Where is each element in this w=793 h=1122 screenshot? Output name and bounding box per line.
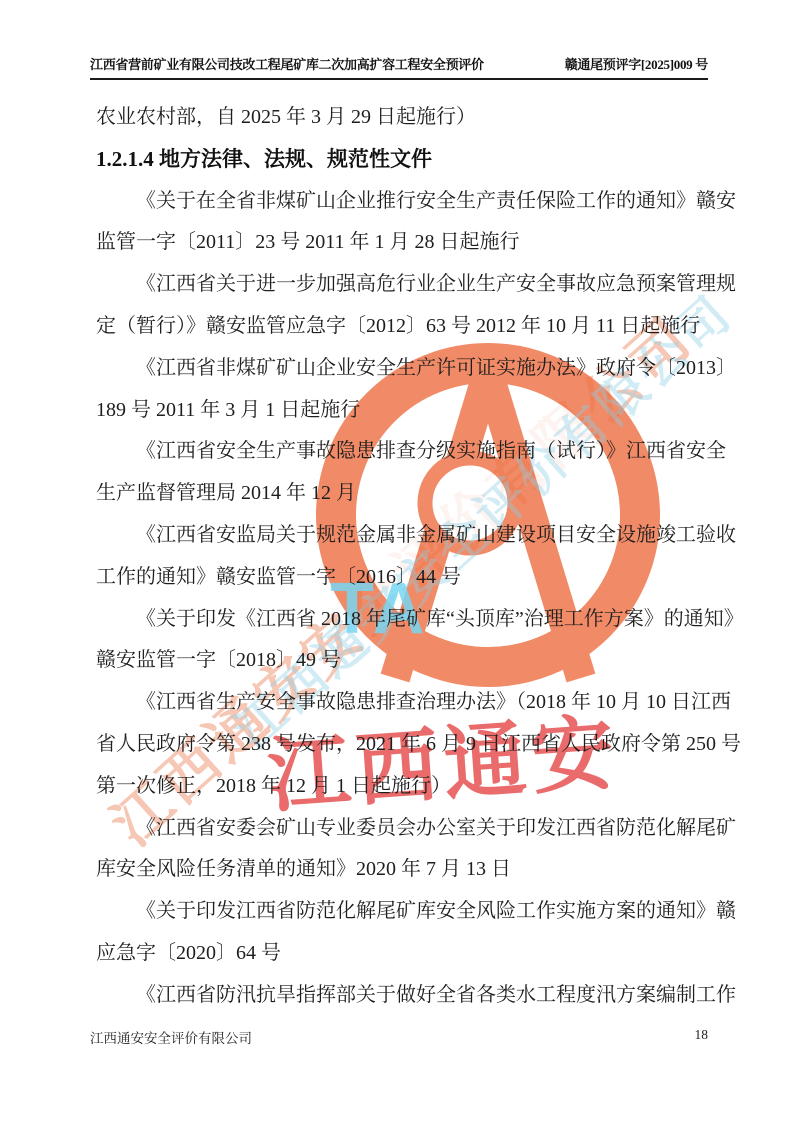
body-line: 应急字〔2020〕64 号 [96, 933, 708, 975]
body-line: 第一次修正，2018 年 12 月 1 日起施行） [96, 766, 708, 808]
body-line: 《江西省生产安全事故隐患排查治理办法》（2018 年 10 月 10 日江西 [96, 682, 708, 724]
page-footer: 江西通安安全评价有限公司 18 [90, 1027, 708, 1047]
body-line: 《江西省安监局关于规范金属非金属矿山建设项目安全设施竣工验收 [96, 515, 708, 557]
footer-page-number: 18 [695, 1027, 709, 1043]
body-line: 《江西省关于进一步加强高危行业企业生产安全事故应急预案管理规 [96, 264, 708, 306]
header-report-title: 江西省营前矿业有限公司技改工程尾矿库二次加高扩容工程安全预评价 [90, 54, 484, 73]
body-line: 《江西省安委会矿山专业委员会办公室关于印发江西省防范化解尾矿 [96, 808, 708, 850]
body-line: 定（暂行）》赣安监管应急字〔2012〕63 号 2012 年 10 月 11 日… [96, 306, 708, 348]
body-line: 《江西省防汛抗旱指挥部关于做好全省各类水工程度汛方案编制工作 [96, 975, 708, 1017]
body-line: 《关于印发《江西省 2018 年尾矿库“头顶库”治理工作方案》的通知》 [96, 599, 708, 641]
body-line: 《江西省安全生产事故隐患排查分级实施指南（试行）》江西省安全 [96, 431, 708, 473]
document-page: 江西通安安全评价有限公司 江西通安安全评价有限公司 TA 江西通安 江西省营前矿… [0, 0, 793, 1122]
body-lines: 农业农村部，自 2025 年 3 月 29 日起施行）1.2.1.4 地方法律、… [96, 97, 708, 1017]
body-line: 库安全风险任务清单的通知》2020 年 7 月 13 日 [96, 849, 708, 891]
footer-company-name: 江西通安安全评价有限公司 [90, 1027, 252, 1047]
body-line: 工作的通知》赣安监管一字〔2016〕44 号 [96, 557, 708, 599]
body-line: 农业农村部，自 2025 年 3 月 29 日起施行） [96, 97, 708, 139]
body-line: 生产监督管理局 2014 年 12 月 [96, 473, 708, 515]
body-line: 监管一字〔2011〕23 号 2011 年 1 月 28 日起施行 [96, 222, 708, 264]
header-document-number: 赣通尾预评字[2025]009 号 [565, 54, 708, 73]
section-heading: 1.2.1.4 地方法律、法规、规范性文件 [96, 139, 708, 181]
page-header: 江西省营前矿业有限公司技改工程尾矿库二次加高扩容工程安全预评价 赣通尾预评字[2… [90, 54, 708, 80]
body-line: 省人民政府令第 238 号发布，2021 年 6 月 9 日江西省人民政府令第 … [96, 724, 708, 766]
body-line: 《江西省非煤矿矿山企业安全生产许可证实施办法》政府令〔2013〕 [96, 348, 708, 390]
body-line: 《关于印发江西省防范化解尾矿库安全风险工作实施方案的通知》赣 [96, 891, 708, 933]
body-line: 赣安监管一字〔2018〕49 号 [96, 640, 708, 682]
body-line: 《关于在全省非煤矿山企业推行安全生产责任保险工作的通知》赣安 [96, 181, 708, 223]
body-line: 189 号 2011 年 3 月 1 日起施行 [96, 390, 708, 432]
